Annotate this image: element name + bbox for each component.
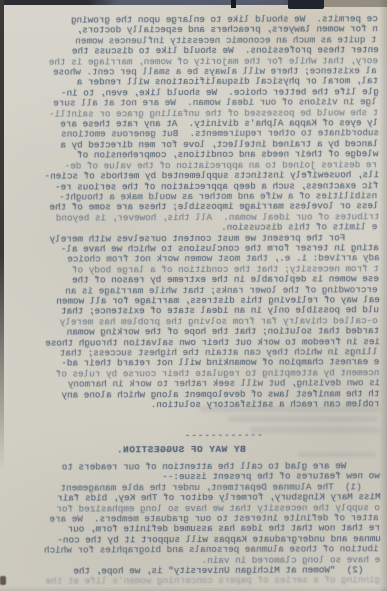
typewritten-line: atter of definite interest to our gradua… — [44, 513, 379, 525]
partial-bottom-line-wrap: ginning of a series of papers concerning… — [45, 575, 380, 587]
suggestion-paragraph-block: We are glad to call the attention of our… — [45, 461, 380, 577]
typewritten-line-partial: ginning of a series of papers concerning… — [45, 575, 380, 587]
typewritten-line: ils, housewifely instincts supplemented … — [45, 170, 380, 182]
typewritten-line: o-called chivalry far from solving the p… — [43, 316, 378, 328]
typewritten-line: e have so long clamored in vain. — [45, 555, 380, 567]
dashed-section-divider: ------------ — [1, 429, 387, 442]
typewritten-line: al existence; there will always be a sma… — [42, 66, 377, 78]
editorial-paragraph-block: ce permits. We should like to enlarge up… — [43, 14, 379, 411]
typewritten-line: is own devising, but will seek rather to… — [45, 378, 380, 390]
section-heading: BY WAY OF SUGGESTION. — [1, 443, 387, 456]
typewritten-line: e limits of this discussion. — [43, 222, 378, 234]
typewritten-line: llings in which they can attain the high… — [43, 347, 378, 359]
typewritten-line: roblem can reach a satisfactory solution… — [45, 399, 380, 411]
typewritten-line: eal way of relieving this distress, marr… — [45, 295, 380, 307]
typewritten-line: subordinate to other requirements. But g… — [44, 129, 379, 141]
typewritten-line: nsibilities of a wife and mother as woul… — [42, 191, 377, 203]
scanned-document-page: ce permits. We should like to enlarge up… — [0, 0, 387, 591]
typewritten-line: t she would be possessed of the unfailin… — [43, 108, 378, 120]
mirrored-typewritten-text-layer: ce permits. We should like to enlarge up… — [0, 0, 387, 591]
typewritten-line: t from necessity; that the condition of … — [44, 264, 379, 276]
